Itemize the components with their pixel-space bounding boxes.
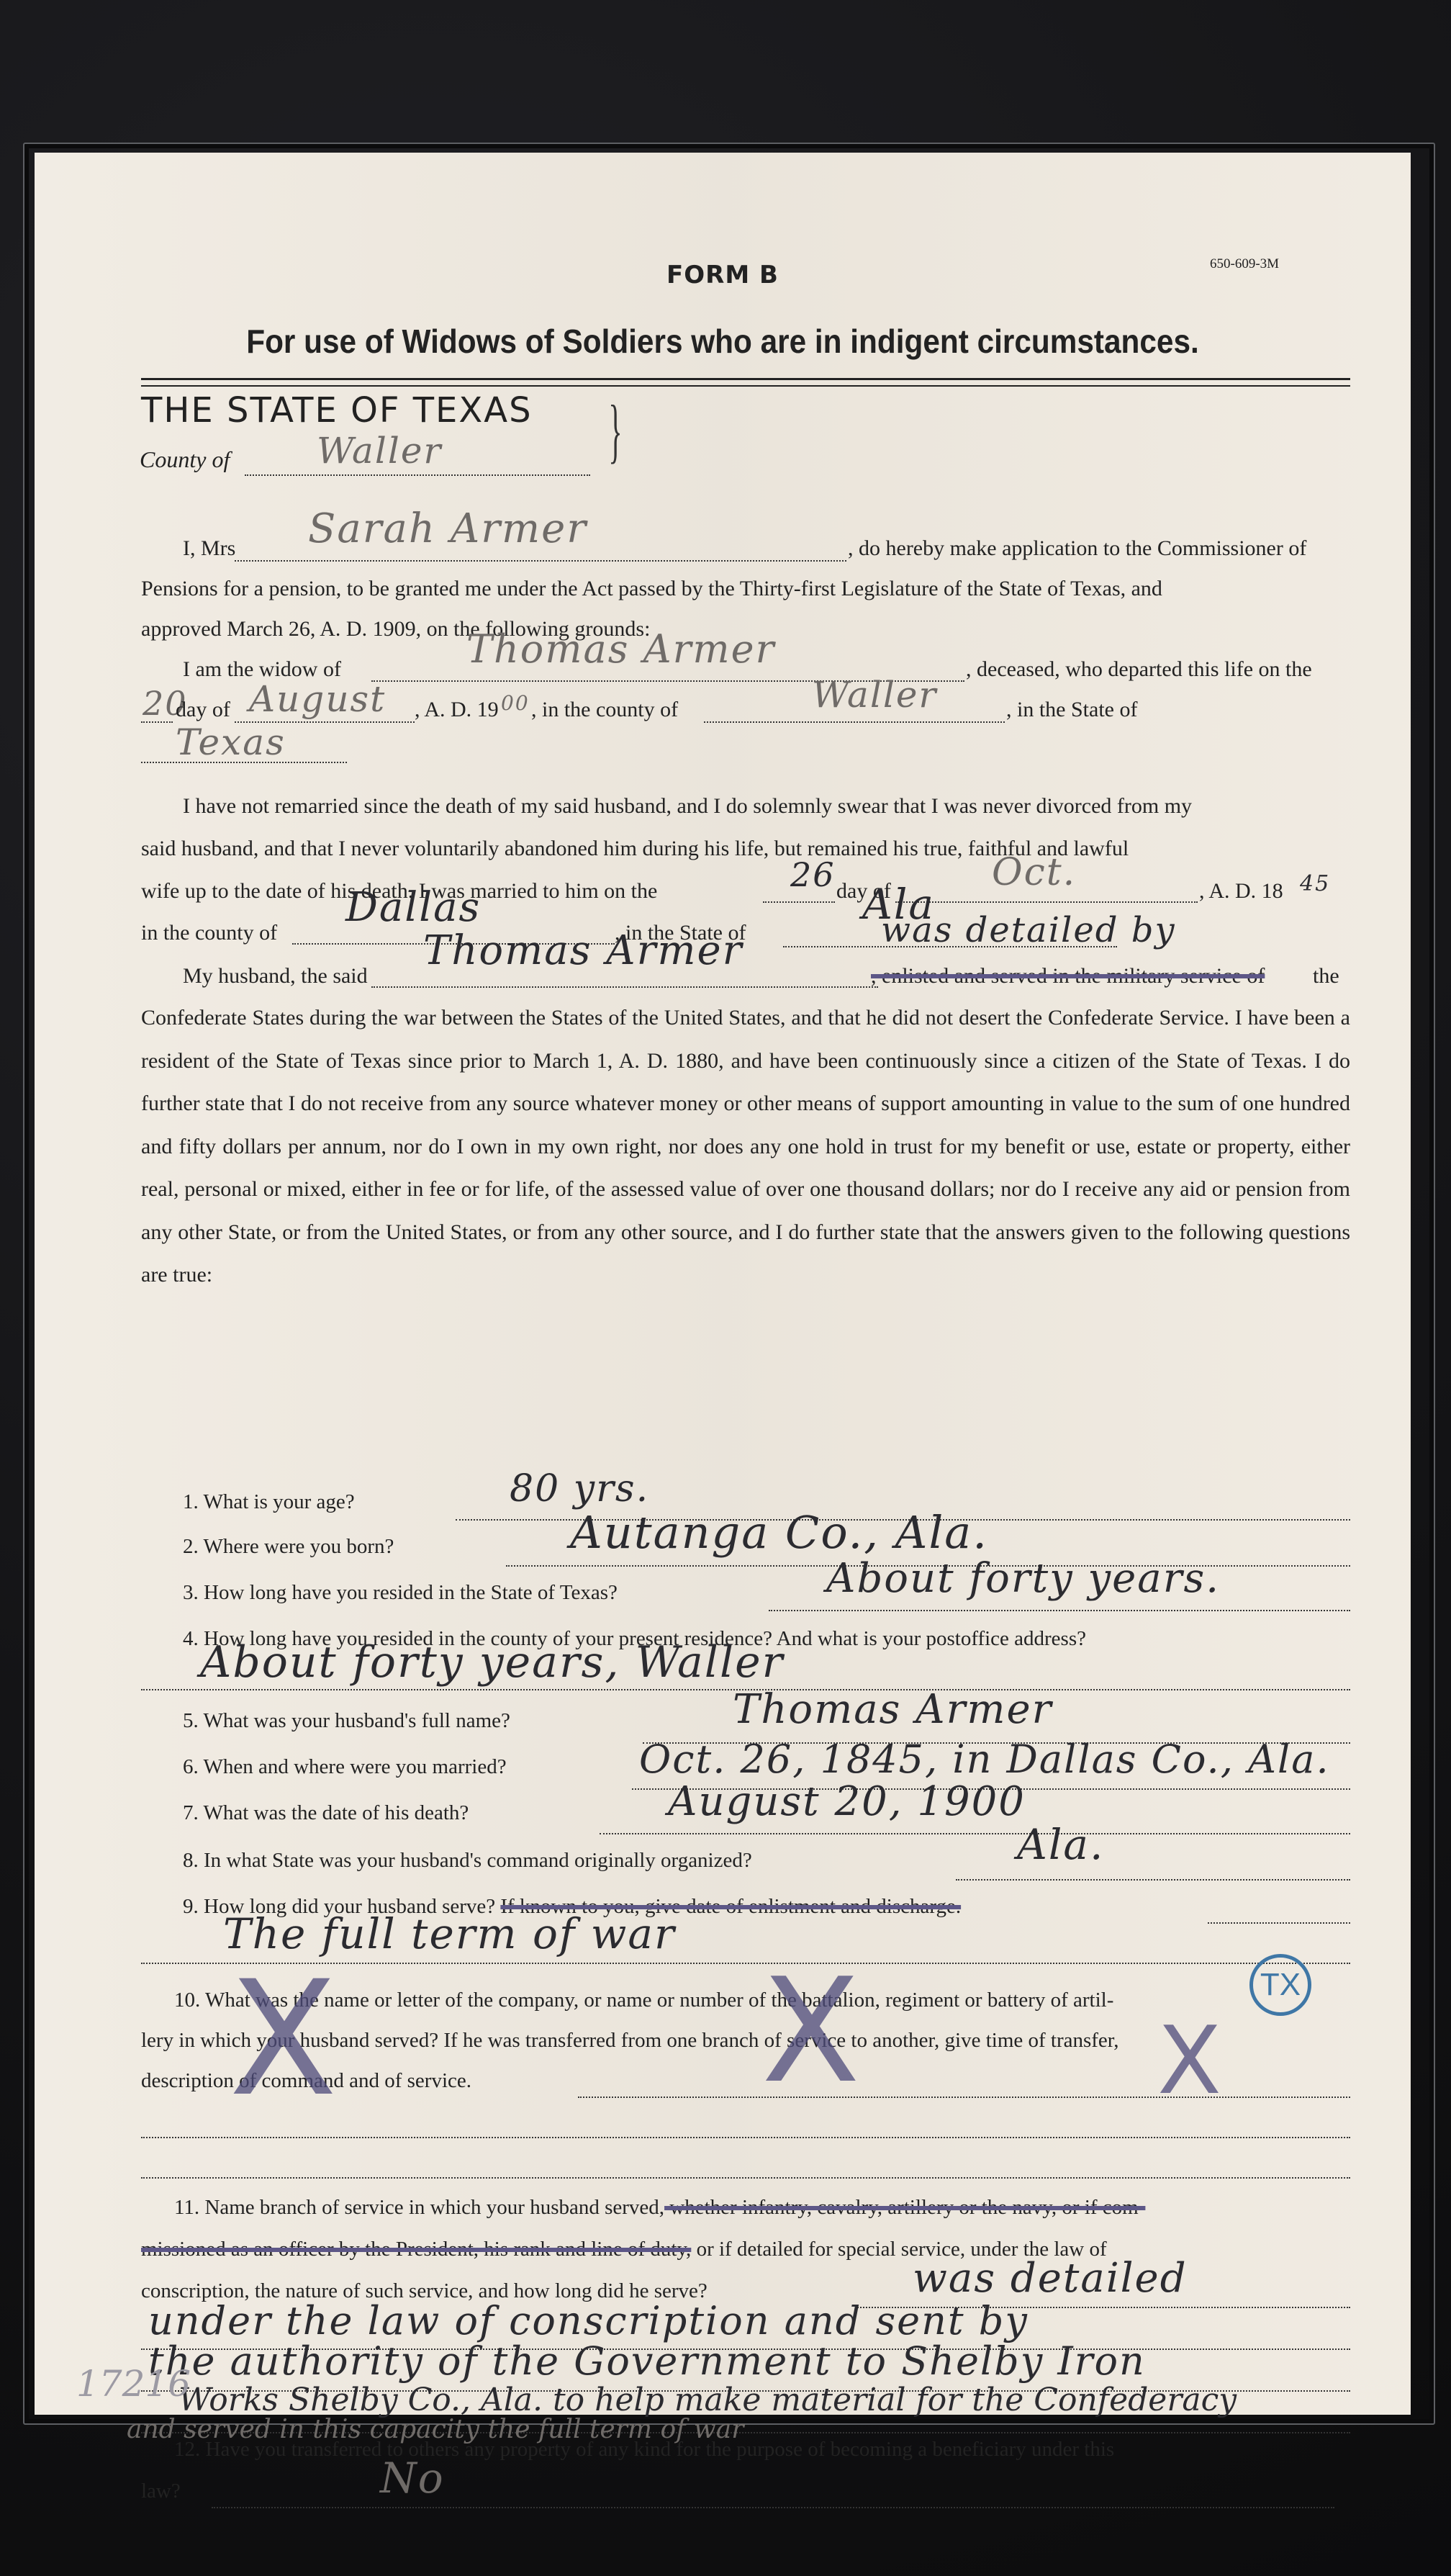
application-text: Pensions for a pension, to be granted me… [141, 569, 1162, 609]
service-prefix: My husband, the said [183, 956, 368, 996]
state-heading: THE STATE OF TEXAS [141, 390, 533, 431]
form-title: FORM B [35, 261, 1411, 289]
question-number: 2. [183, 1535, 199, 1558]
question-text: Have you transferred to others any prope… [206, 2438, 1115, 2461]
question-number: 7. [183, 1801, 199, 1824]
death-year-suffix: 00 [501, 691, 530, 715]
county-of-label: , in the county of [531, 690, 678, 730]
county-field-line [245, 474, 590, 476]
marriage-day: 26 [790, 855, 836, 894]
question-number: 12. [174, 2438, 200, 2461]
ad-label: , A. D. 19 [415, 690, 499, 730]
answer-branch-line: the authority of the Government to Shelb… [148, 2338, 1146, 2384]
death-state: Texas [176, 721, 286, 763]
marriage-year-suffix: 45 [1300, 871, 1330, 896]
answer-line [578, 2097, 1350, 2098]
death-county-line [704, 721, 1005, 723]
service-text: the [1313, 956, 1339, 996]
x-mark-icon: X [761, 1953, 860, 2111]
struck-text: , enlisted and served in the military se… [871, 956, 1265, 996]
answer-line [141, 2177, 1350, 2179]
answer-line [956, 1879, 1350, 1881]
application-text: , do hereby make application to the Comm… [848, 528, 1306, 569]
marriage-county-label: in the county of [141, 913, 277, 953]
application-prefix: I, Mrs [183, 528, 235, 569]
question-number: 4. [183, 1627, 199, 1650]
answer-branch-line: was detailed [913, 2255, 1188, 2302]
answer-line [769, 1610, 1350, 1611]
form-subtitle: For use of Widows of Soldiers who are in… [89, 322, 1355, 361]
marriage-county: Dallas [345, 884, 481, 931]
answer-command-state: Ala. [1017, 1820, 1104, 1869]
question-text: law? [141, 2480, 181, 2503]
answer-marriage: Oct. 26, 1845, in Dallas Co., Ala. [639, 1737, 1330, 1782]
service-husband-name: Thomas Armer [423, 927, 743, 974]
answer-branch-line: Works Shelby Co., Ala. to help make mate… [178, 2382, 1237, 2418]
state-of-label: , in the State of [1006, 690, 1137, 730]
answer-line [212, 2507, 1334, 2508]
header-rule [141, 385, 1350, 387]
service-body: Confederate States during the war betwee… [141, 996, 1350, 1297]
death-county: Waller [812, 674, 937, 716]
question-text: Where were you born? [203, 1535, 394, 1558]
struck-text: whether infantry, cavalry, artillery or … [664, 2196, 1145, 2219]
brace: } [608, 395, 622, 467]
marriage-month-line [895, 901, 1198, 903]
service-husband-line [371, 986, 878, 988]
struck-text: missioned as an officer by the President… [141, 2238, 691, 2261]
marriage-day-line [763, 901, 835, 903]
husband-name: Thomas Armer [466, 626, 775, 672]
question-number: 10. [174, 1989, 200, 2012]
inserted-text: was detailed by [881, 910, 1176, 950]
oath-text: I have not remarried since the death of … [183, 786, 1192, 827]
applicant-name: Sarah Armer [308, 505, 587, 552]
answer-age: 80 yrs. [510, 1467, 649, 1510]
county-label: County of [140, 446, 230, 473]
answer-texas-residence: About forty years. [826, 1555, 1220, 1602]
question-text: In what State was your husband's command… [204, 1849, 752, 1872]
county-value: Waller [317, 430, 442, 472]
question-text: What was the date of his death? [203, 1801, 469, 1824]
question-text: What is your age? [203, 1490, 354, 1513]
header-rule [141, 378, 1350, 380]
answer-husband-name: Thomas Armer [733, 1686, 1052, 1733]
question-number: 5. [183, 1709, 199, 1732]
question-number: 8. [183, 1849, 199, 1872]
question-number: 1. [183, 1490, 199, 1513]
question-text: How long have you resided in the State o… [204, 1581, 618, 1604]
answer-line [1208, 1922, 1350, 1924]
answer-death-date: August 20, 1900 [668, 1778, 1026, 1825]
marriage-month: Oct. [992, 851, 1076, 894]
answer-line [600, 1833, 1350, 1834]
x-mark-icon: X [1157, 1981, 1221, 2140]
x-mark-icon: X [229, 1960, 338, 2118]
question-number: 3. [183, 1581, 199, 1604]
oath-text: said husband, and that I never voluntari… [141, 829, 1129, 869]
pension-form-page: 650-609-3M FORM B For use of Widows of S… [35, 153, 1411, 2415]
applicant-name-line [235, 560, 846, 562]
question-text: When and where were you married? [203, 1755, 506, 1778]
question-number: 9. [183, 1895, 199, 1918]
answer-county-residence: About forty years, Waller [200, 1637, 784, 1688]
answer-birthplace: Autanga Co., Ala. [570, 1506, 988, 1559]
question-text: What was the name or letter of the compa… [205, 1989, 1113, 2012]
question-text: Name branch of service in which your hus… [204, 2196, 664, 2219]
death-month: August [249, 678, 386, 720]
question-number: 6. [183, 1755, 199, 1778]
ad-label: , A. D. 18 [1199, 871, 1283, 911]
answer-branch-line: under the law of conscription and sent b… [148, 2298, 1029, 2343]
question-number: 11. [174, 2196, 199, 2219]
application-text: , deceased, who departed this life on th… [966, 649, 1312, 690]
question-text: What was your husband's full name? [203, 1709, 510, 1732]
answer-transfer: No [380, 2454, 445, 2503]
pencil-file-number: 17216 [76, 2363, 191, 2405]
tx-stamp-icon: TX [1249, 1954, 1311, 2016]
